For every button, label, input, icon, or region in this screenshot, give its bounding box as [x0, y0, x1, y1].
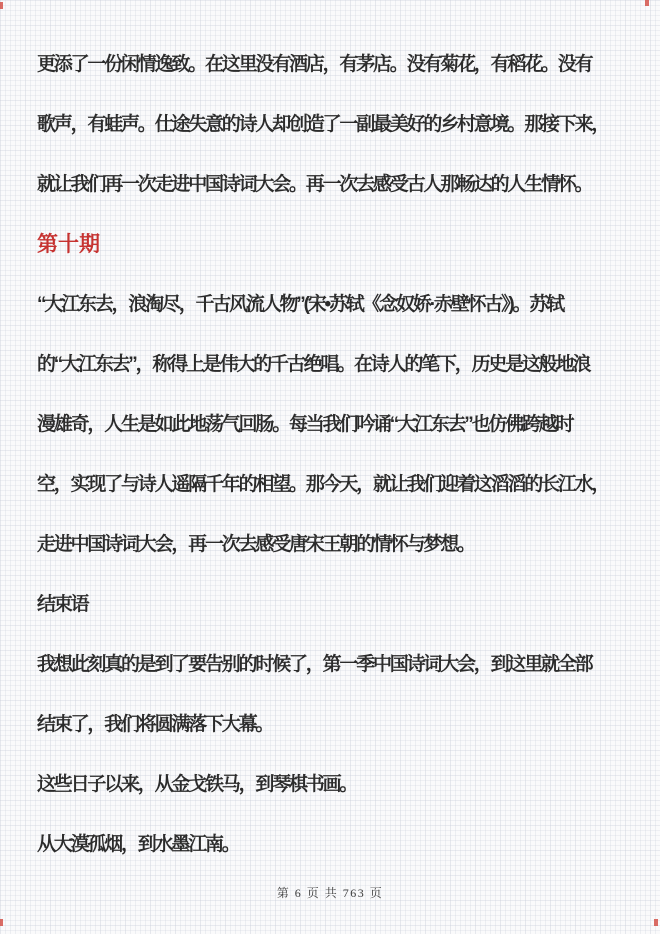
crop-mark-top-left-icon — [0, 2, 3, 9]
crop-mark-bottom-right-icon — [654, 919, 658, 926]
document-page: 更添了一份闲情逸致。在这里没有酒店，有茅店。没有菊花，有稻花。没有 歌声，有蛙声… — [0, 0, 660, 934]
text-line: “大江东去，浪淘尽，千古风流人物”(宋•苏轼《念奴娇·赤壁怀古》)。苏轼 — [37, 292, 660, 352]
page-content: 更添了一份闲情逸致。在这里没有酒店，有茅店。没有菊花，有稻花。没有 歌声，有蛙声… — [37, 52, 660, 892]
text-line: 的“大江东去”，称得上是伟大的千古绝唱。在诗人的笔下，历史是这般地浪 — [37, 352, 660, 412]
crop-mark-top-right-icon — [645, 0, 649, 6]
text-line: 就让我们再一次走进中国诗词大会。再一次去感受古人那畅达的人生情怀。 — [37, 172, 660, 232]
page-number: 第 6 页 共 763 页 — [277, 886, 384, 900]
text-line: 漫雄奇，人生是如此地荡气回肠。每当我们吟诵“大江东去”也仿佛跨越时 — [37, 412, 660, 472]
text-line: 更添了一份闲情逸致。在这里没有酒店，有茅店。没有菊花，有稻花。没有 — [37, 52, 660, 112]
text-line: 从大漠孤烟，到水墨江南。 — [37, 832, 660, 892]
text-line: 第十期 — [37, 232, 660, 292]
page-footer: 第 6 页 共 763 页 — [0, 884, 660, 901]
text-line: 歌声，有蛙声。仕途失意的诗人却创造了一副最美好的乡村意境。那接下来， — [37, 112, 660, 172]
text-line: 空，实现了与诗人遥隔千年的相望。那今天，就让我们迎着这滔滔的长江水， — [37, 472, 660, 532]
text-line: 这些日子以来，从金戈铁马，到琴棋书画。 — [37, 772, 660, 832]
text-line: 结束了，我们将圆满落下大幕。 — [37, 712, 660, 772]
text-line: 结束语 — [37, 592, 660, 652]
text-line: 走进中国诗词大会，再一次去感受唐宋王朝的情怀与梦想。 — [37, 532, 660, 592]
crop-mark-bottom-left-icon — [0, 919, 3, 926]
text-line: 我想此刻真的是到了要告别的时候了，第一季中国诗词大会，到这里就全部 — [37, 652, 660, 712]
